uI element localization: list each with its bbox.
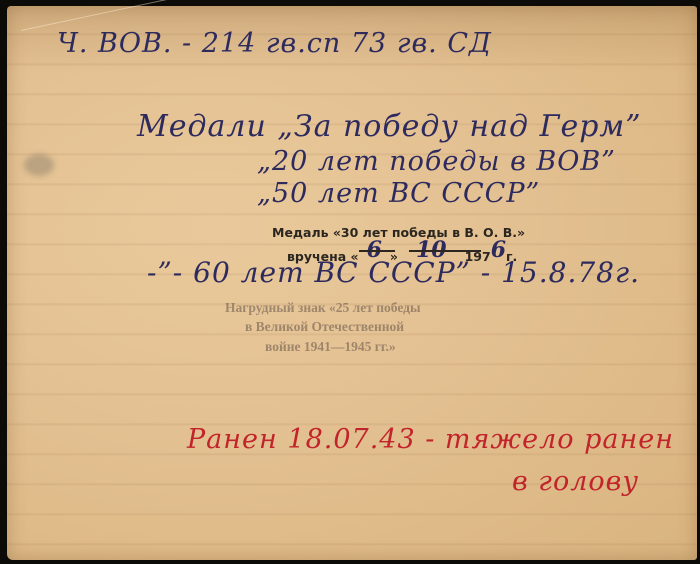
awards-line-2: „20 лет победы в ВОВ” [257,146,616,177]
faint-stamp-line2: в Великой Отечественной [245,319,404,335]
blank-line-day [359,250,395,252]
paper-stain [24,154,54,176]
blank-line-month [409,250,481,252]
paper-crease [21,0,187,31]
record-card: Ч. ВОВ. - 214 гв.сп 73 гв. СД Медали „За… [7,6,697,560]
faint-stamp-line1: Нагрудный знак «25 лет победы [225,300,421,316]
awards-line-1: Медали „За победу над Герм” [137,109,642,144]
medal-60-years-line: -”- 60 лет ВС СССР” - 15.8.78г. [147,256,640,289]
awards-line-3: „50 лет ВС СССР” [257,178,540,209]
wound-note-line2: в голову [512,466,639,497]
wound-note-line1: Ранен 18.07.43 - тяжело ранен [187,424,674,455]
unit-header-line: Ч. ВОВ. - 214 гв.сп 73 гв. СД [57,28,492,59]
faint-stamp-line3: войне 1941—1945 гг.» [265,339,396,355]
